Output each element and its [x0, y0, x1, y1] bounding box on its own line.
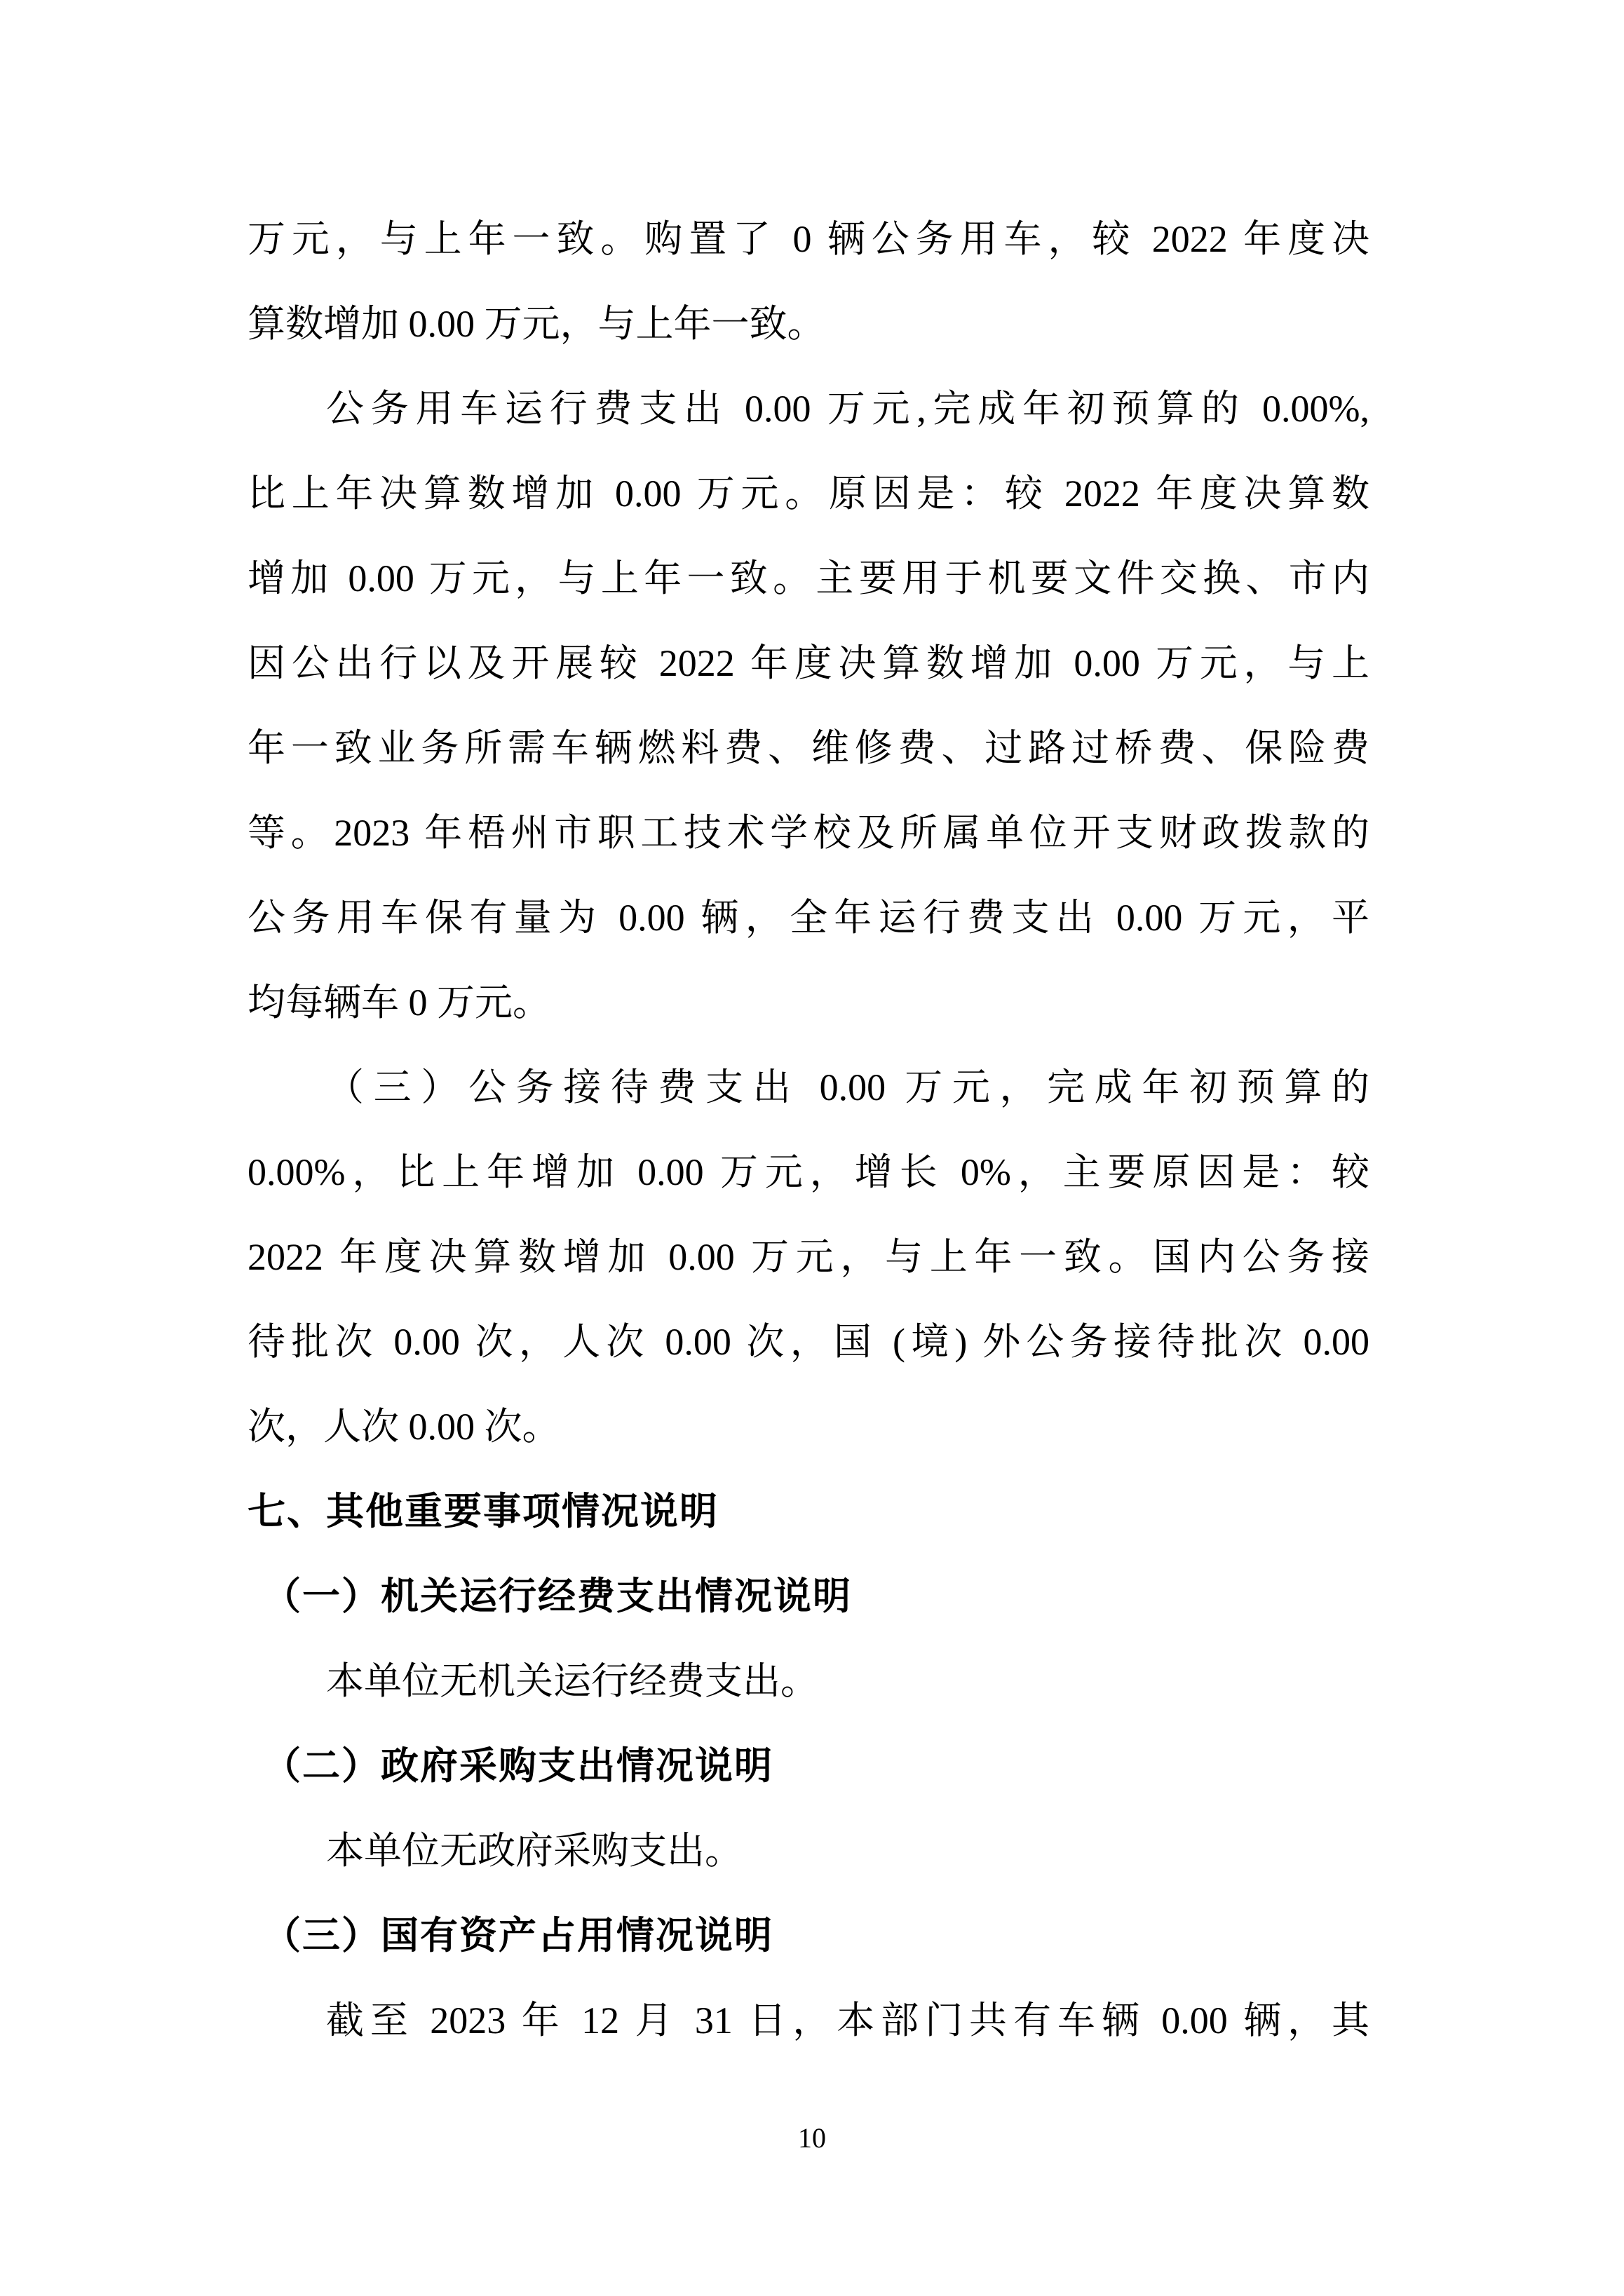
text-line: 年一致业务所需车辆燃料费、维修费、过路过桥费、保险费	[248, 706, 1369, 791]
text-line: 次，人次 0.00 次。	[248, 1385, 1369, 1469]
text-line: 本单位无政府采购支出。	[248, 1809, 1369, 1894]
text-line: 均每辆车 0 万元。	[248, 960, 1369, 1045]
text-line: 等。2023 年梧州市职工技术学校及所属单位开支财政拨款的	[248, 791, 1369, 876]
text-line: （三）公务接待费支出 0.00 万元，完成年初预算的	[248, 1045, 1369, 1130]
text-line: 截至 2023 年 12 月 31 日，本部门共有车辆 0.00 辆，其	[248, 1978, 1369, 2063]
heading-section-7-2: （二）政府采购支出情况说明	[248, 1724, 1369, 1809]
text-line: 公务用车保有量为 0.00 辆，全年运行费支出 0.00 万元，平	[248, 876, 1369, 960]
text-line: 0.00%，比上年增加 0.00 万元，增长 0%，主要原因是：较	[248, 1130, 1369, 1215]
text-line: 待批次 0.00 次，人次 0.00 次，国 (境) 外公务接待批次 0.00	[248, 1300, 1369, 1385]
text-line: 本单位无机关运行经费支出。	[248, 1639, 1369, 1724]
text-line: 因公出行以及开展较 2022 年度决算数增加 0.00 万元，与上	[248, 621, 1369, 706]
page-number: 10	[0, 2121, 1624, 2155]
text-line: 2022 年度决算数增加 0.00 万元，与上年一致。国内公务接	[248, 1215, 1369, 1300]
document-body: 万元，与上年一致。购置了 0 辆公务用车，较 2022 年度决 算数增加 0.0…	[248, 197, 1369, 2063]
heading-section-7: 七、其他重要事项情况说明	[248, 1469, 1369, 1554]
heading-section-7-3: （三）国有资产占用情况说明	[248, 1894, 1369, 1978]
document-page: 万元，与上年一致。购置了 0 辆公务用车，较 2022 年度决 算数增加 0.0…	[0, 0, 1624, 2296]
text-line: 算数增加 0.00 万元，与上年一致。	[248, 282, 1369, 367]
text-line: 公务用车运行费支出 0.00 万元,完成年初预算的 0.00%,	[248, 367, 1369, 451]
text-line: 万元，与上年一致。购置了 0 辆公务用车，较 2022 年度决	[248, 197, 1369, 282]
text-line: 增加 0.00 万元，与上年一致。主要用于机要文件交换、市内	[248, 536, 1369, 621]
heading-section-7-1: （一）机关运行经费支出情况说明	[248, 1554, 1369, 1639]
text-line: 比上年决算数增加 0.00 万元。原因是：较 2022 年度决算数	[248, 451, 1369, 536]
